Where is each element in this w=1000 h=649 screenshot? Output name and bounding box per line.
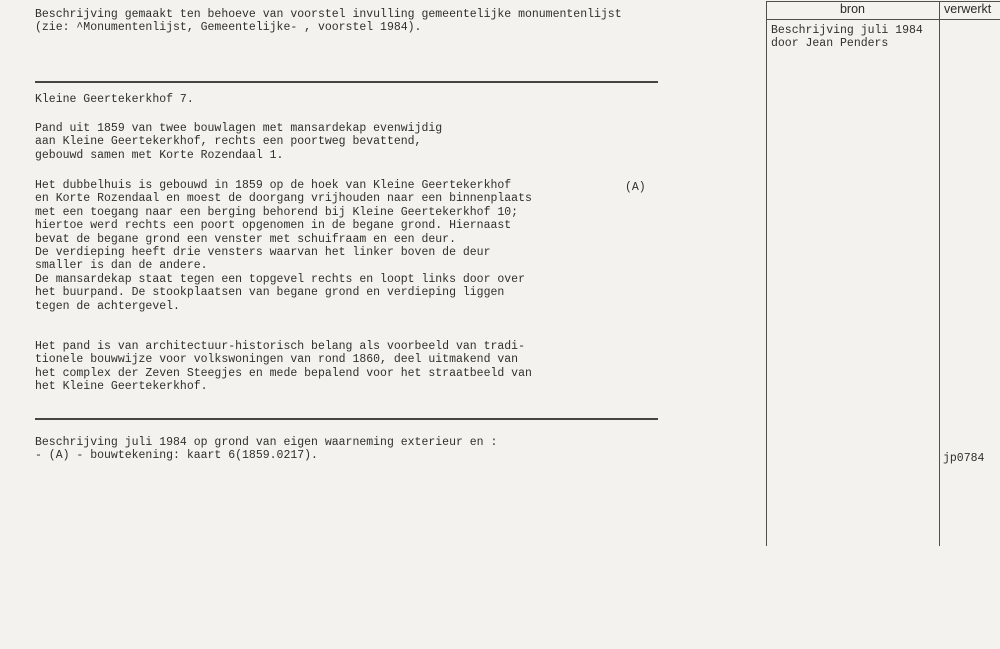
bron-cell-entry: Beschrijving juli 1984 door Jean Penders bbox=[771, 24, 923, 51]
table-column-divider bbox=[939, 1, 940, 546]
table-left-border bbox=[766, 1, 767, 546]
paragraph-building-summary: Pand uit 1859 van twee bouwlagen met man… bbox=[35, 122, 442, 162]
bottom-divider-rule bbox=[35, 418, 658, 420]
verwerkt-cell-entry: jp0784 bbox=[943, 452, 984, 465]
table-header-underline bbox=[766, 19, 1000, 20]
scanned-monument-description-page: Beschrijving gemaakt ten behoeve van voo… bbox=[0, 0, 1000, 649]
paragraph-detailed-description: Het dubbelhuis is gebouwd in 1859 op de … bbox=[35, 179, 532, 313]
column-header-verwerkt: verwerkt bbox=[944, 3, 991, 16]
paragraph-historical-value: Het pand is van architectuur-historisch … bbox=[35, 340, 532, 394]
header-note: Beschrijving gemaakt ten behoeve van voo… bbox=[35, 8, 622, 35]
source-annotation-a: (A) bbox=[625, 181, 646, 194]
footer-source-note: Beschrijving juli 1984 op grond van eige… bbox=[35, 436, 497, 463]
top-divider-rule bbox=[35, 81, 658, 83]
column-header-bron: bron bbox=[766, 3, 939, 16]
street-title: Kleine Geertekerkhof 7. bbox=[35, 93, 194, 106]
